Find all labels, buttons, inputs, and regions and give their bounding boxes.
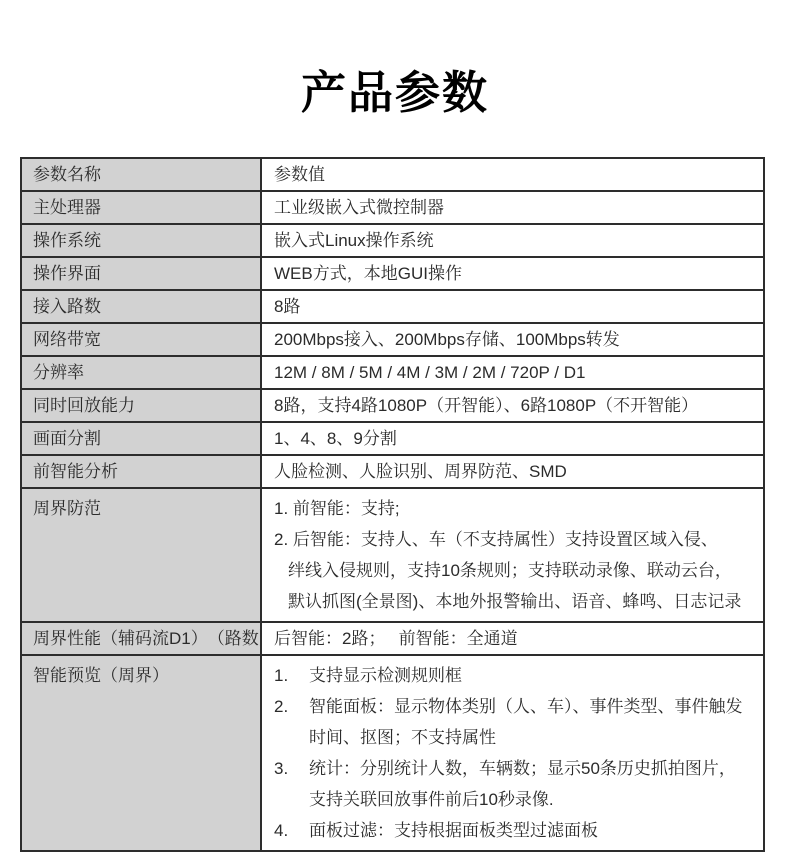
param-name-cell: 网络带宽 <box>22 324 262 355</box>
param-name-cell: 周界性能（辅码流D1） （路数） <box>22 623 262 654</box>
value-line: 3.统计：分别统计人数，车辆数；显示50条历史抓拍图片， <box>274 753 757 784</box>
param-name-cell: 操作系统 <box>22 225 262 256</box>
list-number <box>274 722 309 753</box>
table-row: 操作界面WEB方式，本地GUI操作 <box>22 258 763 291</box>
table-row: 同时回放能力8路，支持4路1080P（开智能）、6路1080P（不开智能） <box>22 390 763 423</box>
param-value-cell: 1. 前智能：支持;2. 后智能：支持人、车（不支持属性）支持设置区域入侵、绊线… <box>262 489 763 621</box>
value-line: 1. 前智能：支持; <box>274 493 757 524</box>
param-name-cell: 分辨率 <box>22 357 262 388</box>
param-name-cell: 智能预览（周界） <box>22 656 262 850</box>
value-line: 后智能：2路； 前智能：全通道 <box>274 623 757 654</box>
param-value-cell: 1、4、8、9分割 <box>262 423 763 454</box>
param-name-cell: 主处理器 <box>22 192 262 223</box>
list-text: 支持关联回放事件前后10秒录像. <box>309 784 554 815</box>
param-name-cell: 周界防范 <box>22 489 262 621</box>
value-line: 工业级嵌入式微控制器 <box>274 192 757 223</box>
param-name-cell: 参数名称 <box>22 159 262 190</box>
page: { "page": { "title": "产品参数" }, "colors":… <box>0 0 790 855</box>
table-row: 参数名称参数值 <box>22 159 763 192</box>
value-line: 人脸检测、人脸识别、周界防范、SMD <box>274 456 757 487</box>
table-row: 分辨率12M / 8M / 5M / 4M / 3M / 2M / 720P /… <box>22 357 763 390</box>
value-line: 200Mbps接入、200Mbps存储、100Mbps转发 <box>274 324 757 355</box>
param-value-cell: WEB方式，本地GUI操作 <box>262 258 763 289</box>
value-line: 2.智能面板：显示物体类别（人、车）、事件类型、事件触发 <box>274 691 757 722</box>
param-name-cell: 操作界面 <box>22 258 262 289</box>
param-value-cell: 200Mbps接入、200Mbps存储、100Mbps转发 <box>262 324 763 355</box>
param-value-cell: 12M / 8M / 5M / 4M / 3M / 2M / 720P / D1 <box>262 357 763 388</box>
value-line: WEB方式，本地GUI操作 <box>274 258 757 289</box>
param-name-cell: 画面分割 <box>22 423 262 454</box>
table-row: 前智能分析人脸检测、人脸识别、周界防范、SMD <box>22 456 763 489</box>
list-text: 面板过滤：支持根据面板类型过滤面板 <box>309 815 598 846</box>
param-value-cell: 参数值 <box>262 159 763 190</box>
param-name-cell: 前智能分析 <box>22 456 262 487</box>
value-line: 8路 <box>274 291 757 322</box>
page-title: 产品参数 <box>0 56 790 121</box>
list-number: 1. <box>274 660 309 691</box>
list-number: 4. <box>274 815 309 846</box>
value-line: 参数值 <box>274 159 757 190</box>
param-value-cell: 工业级嵌入式微控制器 <box>262 192 763 223</box>
list-text: 统计：分别统计人数，车辆数；显示50条历史抓拍图片， <box>309 753 736 784</box>
parameters-table: 参数名称参数值主处理器工业级嵌入式微控制器操作系统嵌入式Linux操作系统操作界… <box>20 157 765 852</box>
value-line: 嵌入式Linux操作系统 <box>274 225 757 256</box>
value-line: 绊线入侵规则，支持10条规则；支持联动录像、联动云台， <box>274 555 757 586</box>
value-line: 1、4、8、9分割 <box>274 423 757 454</box>
table-row: 周界性能（辅码流D1） （路数）后智能：2路； 前智能：全通道 <box>22 623 763 656</box>
table-row: 接入路数8路 <box>22 291 763 324</box>
value-line: 8路，支持4路1080P（开智能）、6路1080P（不开智能） <box>274 390 757 421</box>
table-row: 画面分割1、4、8、9分割 <box>22 423 763 456</box>
list-number <box>274 784 309 815</box>
table-row: 周界防范1. 前智能：支持;2. 后智能：支持人、车（不支持属性）支持设置区域入… <box>22 489 763 623</box>
list-number: 3. <box>274 753 309 784</box>
value-line: 4.面板过滤：支持根据面板类型过滤面板 <box>274 815 757 846</box>
list-text: 时间、抠图；不支持属性 <box>309 722 496 753</box>
list-number: 2. <box>274 691 309 722</box>
param-value-cell: 人脸检测、人脸识别、周界防范、SMD <box>262 456 763 487</box>
table-row: 网络带宽200Mbps接入、200Mbps存储、100Mbps转发 <box>22 324 763 357</box>
param-name-cell: 接入路数 <box>22 291 262 322</box>
value-line: 时间、抠图；不支持属性 <box>274 722 757 753</box>
table-row: 操作系统嵌入式Linux操作系统 <box>22 225 763 258</box>
list-text: 智能面板：显示物体类别（人、车）、事件类型、事件触发 <box>309 691 743 722</box>
value-line: 支持关联回放事件前后10秒录像. <box>274 784 757 815</box>
value-line: 12M / 8M / 5M / 4M / 3M / 2M / 720P / D1 <box>274 357 757 388</box>
param-value-cell: 8路，支持4路1080P（开智能）、6路1080P（不开智能） <box>262 390 763 421</box>
param-value-cell: 1.支持显示检测规则框2.智能面板：显示物体类别（人、车）、事件类型、事件触发时… <box>262 656 763 850</box>
table-row: 主处理器工业级嵌入式微控制器 <box>22 192 763 225</box>
value-line: 1.支持显示检测规则框 <box>274 660 757 691</box>
list-text: 支持显示检测规则框 <box>309 660 462 691</box>
table-row: 智能预览（周界）1.支持显示检测规则框2.智能面板：显示物体类别（人、车）、事件… <box>22 656 763 852</box>
param-value-cell: 嵌入式Linux操作系统 <box>262 225 763 256</box>
param-value-cell: 后智能：2路； 前智能：全通道 <box>262 623 763 654</box>
value-line: 2. 后智能：支持人、车（不支持属性）支持设置区域入侵、 <box>274 524 757 555</box>
param-value-cell: 8路 <box>262 291 763 322</box>
value-line: 默认抓图(全景图)、本地外报警输出、语音、蜂鸣、日志记录 <box>274 586 757 617</box>
param-name-cell: 同时回放能力 <box>22 390 262 421</box>
